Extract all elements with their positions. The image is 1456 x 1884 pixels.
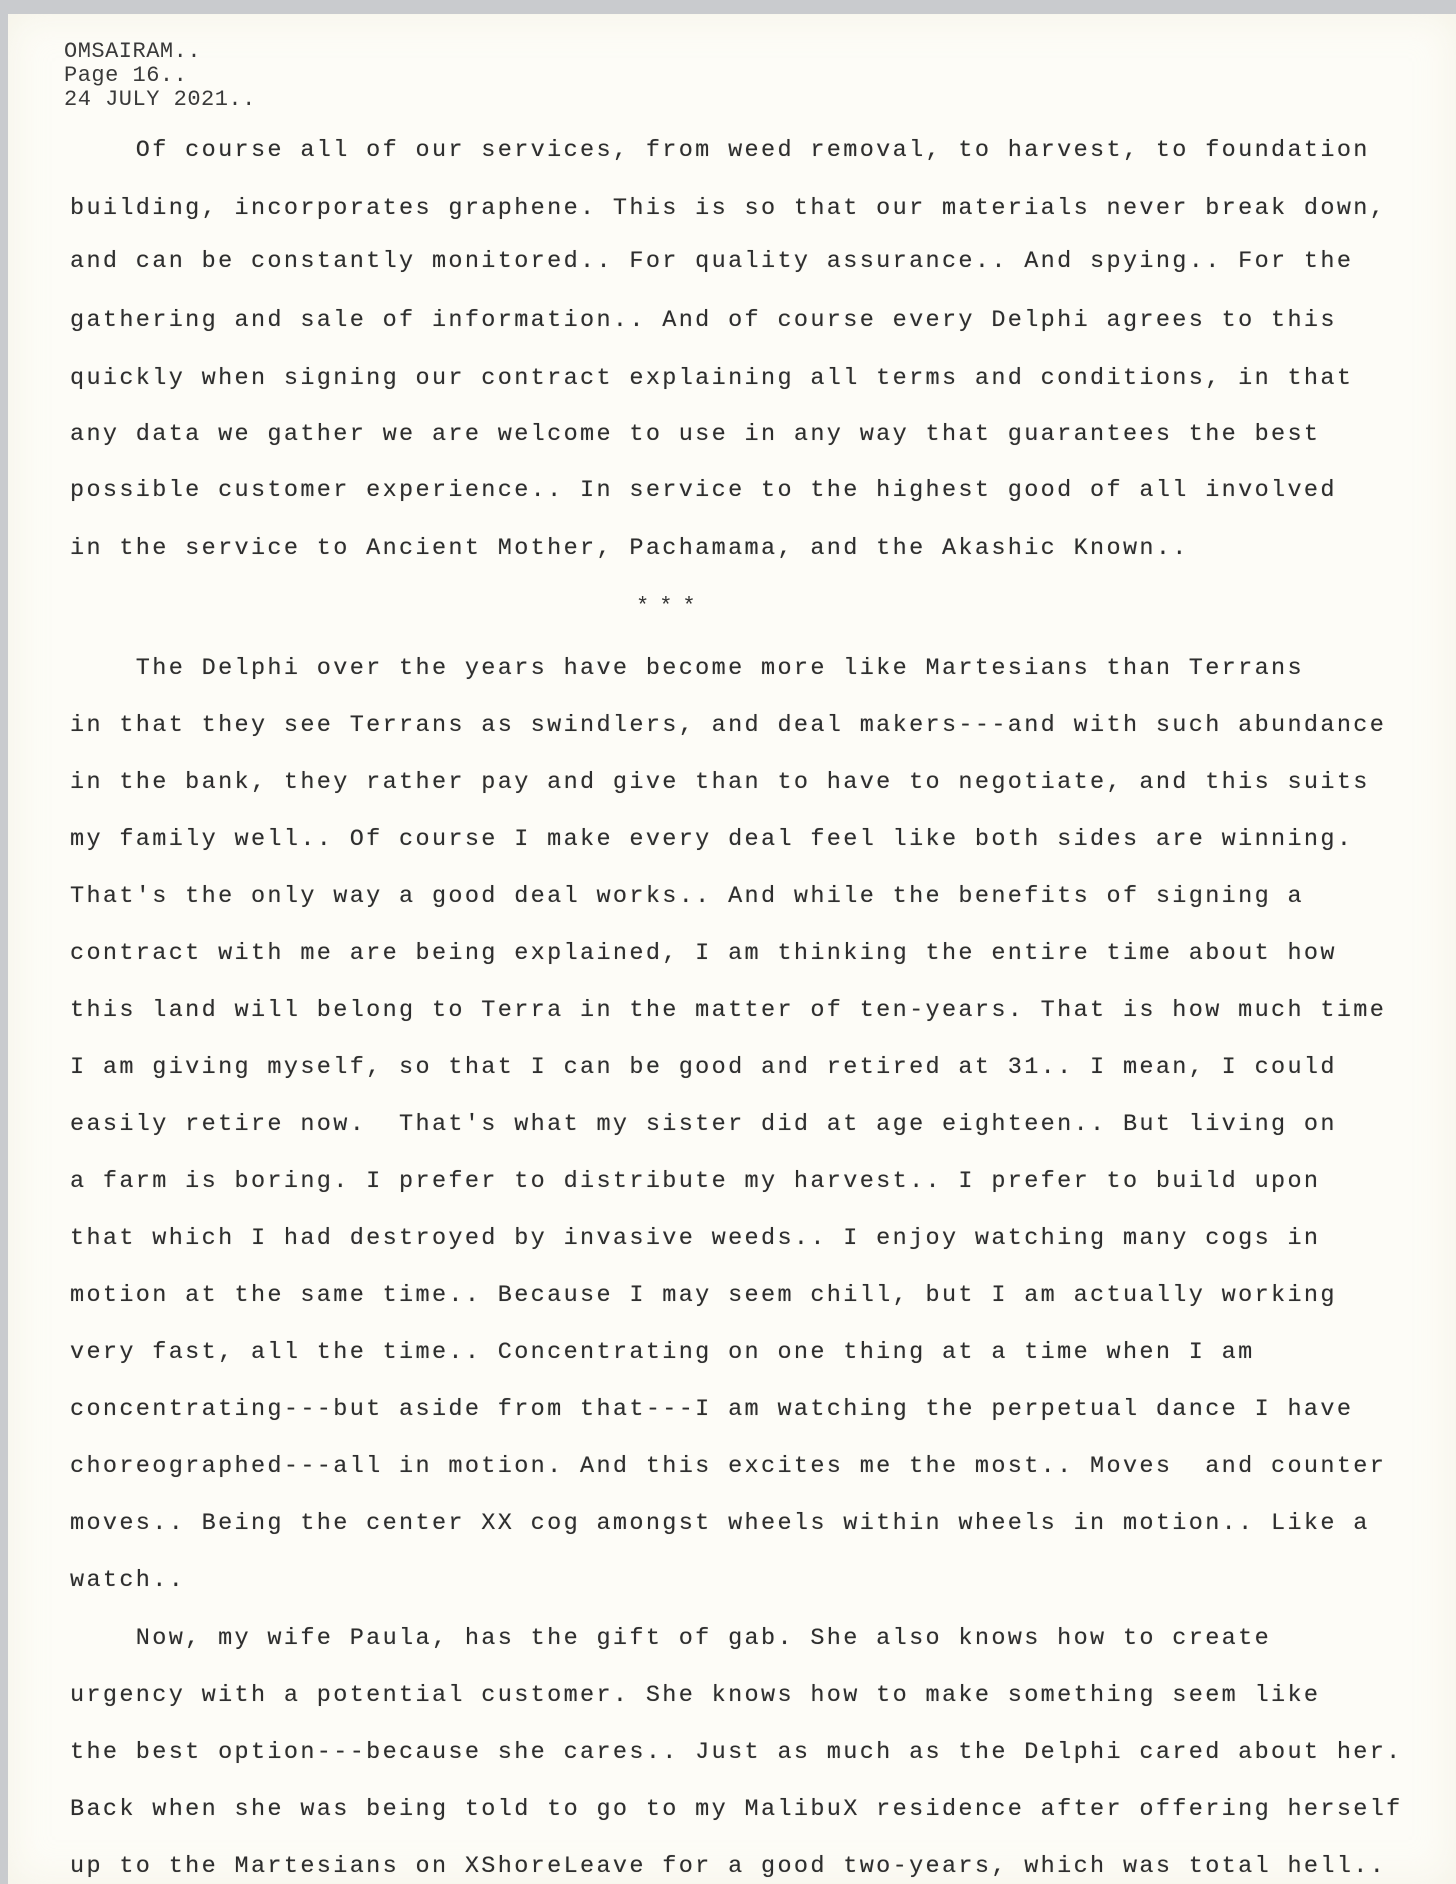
body-line: a farm is boring. I prefer to distribute… xyxy=(70,1167,1320,1197)
header-date: 24 JULY 2021.. xyxy=(64,88,256,112)
body-line: and can be constantly monitored.. For qu… xyxy=(70,247,1353,277)
typewritten-page: OMSAIRAM.. Page 16.. 24 JULY 2021.. Of c… xyxy=(8,14,1456,1884)
body-line: choreographed---all in motion. And this … xyxy=(70,1452,1386,1482)
body-line: I am giving myself, so that I can be goo… xyxy=(70,1053,1337,1083)
page-header: OMSAIRAM.. Page 16.. 24 JULY 2021.. xyxy=(64,40,256,112)
body-line: Back when she was being told to go to my… xyxy=(70,1795,1403,1825)
body-line: Now, my wife Paula, has the gift of gab.… xyxy=(70,1624,1271,1654)
body-line: That's the only way a good deal works.. … xyxy=(70,882,1304,912)
body-line: gathering and sale of information.. And … xyxy=(70,306,1337,336)
body-line: moves.. Being the center XX cog amongst … xyxy=(70,1509,1370,1539)
body-line: the best option---because she cares.. Ju… xyxy=(70,1738,1403,1768)
body-line: The Delphi over the years have become mo… xyxy=(70,654,1304,684)
body-line: Of course all of our services, from weed… xyxy=(70,136,1370,166)
body-line: up to the Martesians on XShoreLeave for … xyxy=(70,1852,1386,1882)
body-line: quickly when signing our contract explai… xyxy=(70,364,1353,394)
body-line: in the bank, they rather pay and give th… xyxy=(70,768,1370,798)
body-line: in the service to Ancient Mother, Pacham… xyxy=(70,534,1189,564)
body-line: watch.. xyxy=(70,1566,185,1596)
body-line: urgency with a potential customer. She k… xyxy=(70,1681,1320,1711)
header-title: OMSAIRAM.. xyxy=(64,40,256,64)
body-line: motion at the same time.. Because I may … xyxy=(70,1281,1337,1311)
body-line: easily retire now. That's what my sister… xyxy=(70,1110,1337,1140)
section-separator: *** xyxy=(636,594,706,619)
body-line: concentrating---but aside from that---I … xyxy=(70,1395,1353,1425)
body-line: in that they see Terrans as swindlers, a… xyxy=(70,711,1386,741)
body-line: building, incorporates graphene. This is… xyxy=(70,194,1386,224)
body-line: contract with me are being explained, I … xyxy=(70,939,1337,969)
header-page-number: Page 16.. xyxy=(64,64,256,88)
body-line: possible customer experience.. In servic… xyxy=(70,476,1337,506)
body-line: this land will belong to Terra in the ma… xyxy=(70,996,1386,1026)
body-line: any data we gather we are welcome to use… xyxy=(70,420,1320,450)
body-line: that which I had destroyed by invasive w… xyxy=(70,1224,1320,1254)
body-line: very fast, all the time.. Concentrating … xyxy=(70,1338,1255,1368)
body-line: my family well.. Of course I make every … xyxy=(70,825,1353,855)
